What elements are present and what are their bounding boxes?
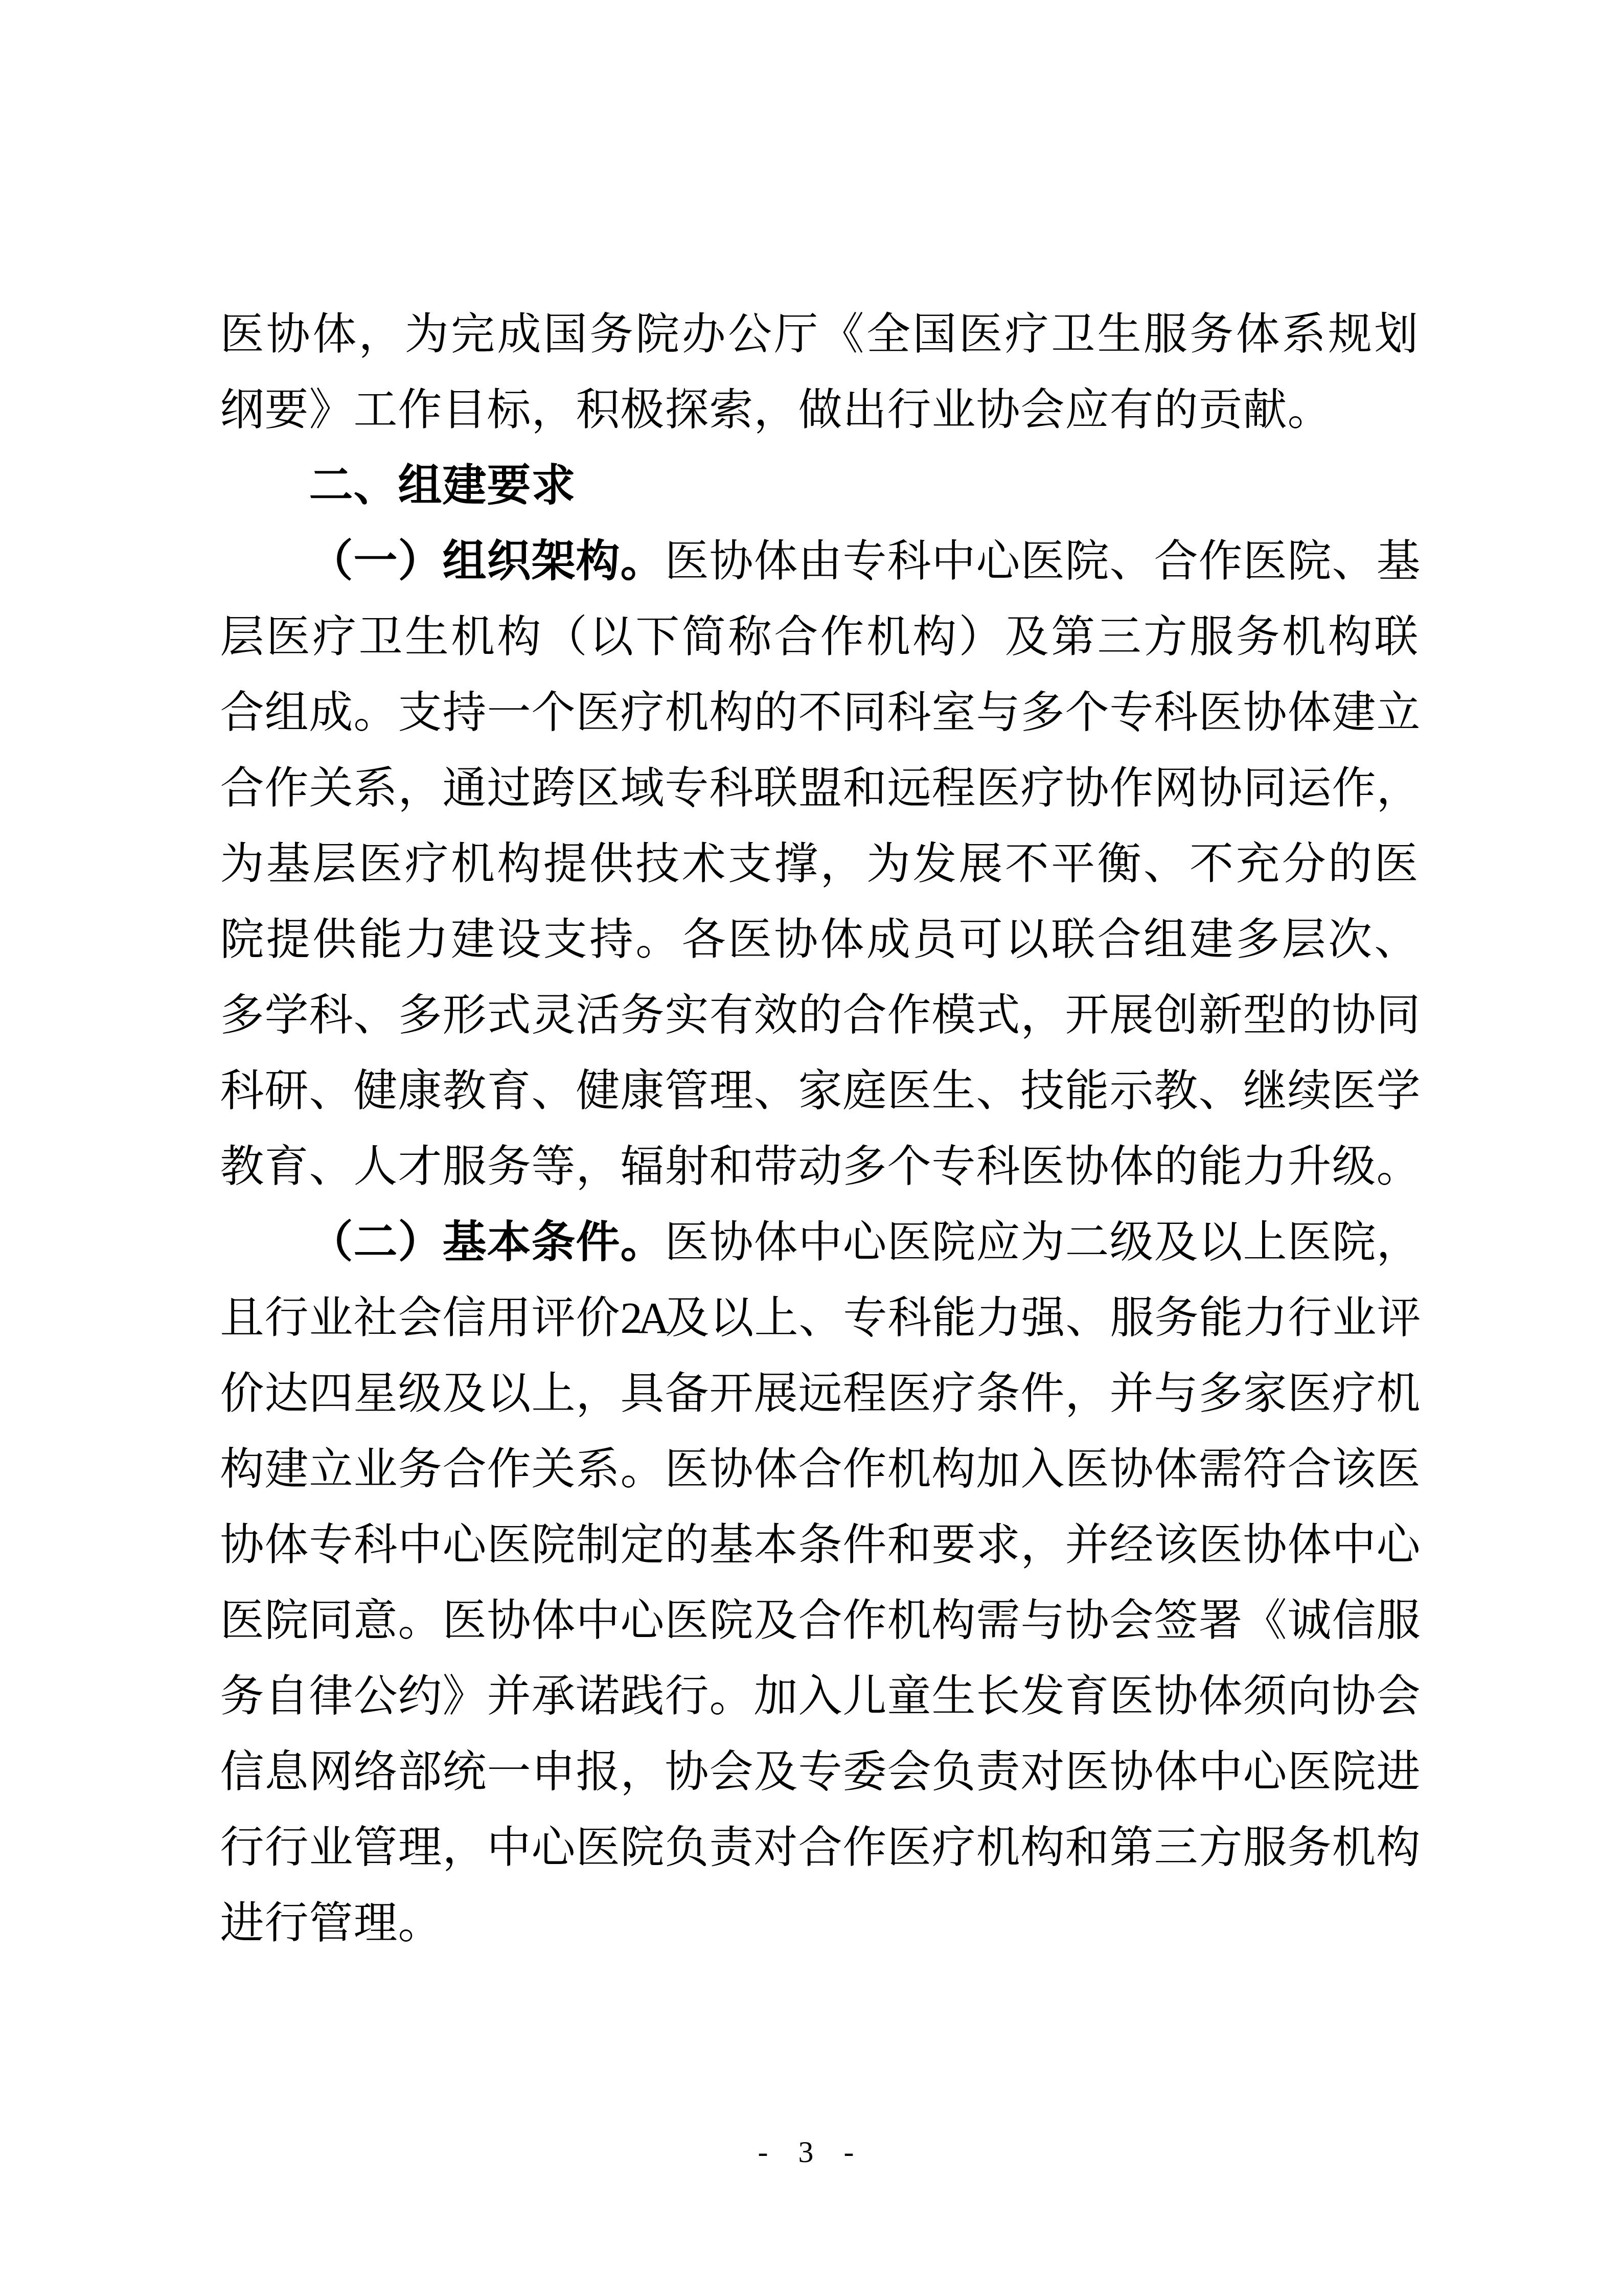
character: 践 <box>620 1658 665 1734</box>
text-line: （一）组织架构。医协体由专科中心医院、合作医院、基 <box>220 524 1419 599</box>
character: 协 <box>1332 1658 1376 1734</box>
character: 服 <box>442 1129 487 1204</box>
character: 、 <box>753 1053 798 1129</box>
character: 的 <box>798 977 842 1053</box>
character: 服 <box>1143 297 1187 372</box>
character: 级 <box>1332 1129 1376 1204</box>
character: 构 <box>931 1583 976 1658</box>
character: 医 <box>1332 1053 1376 1129</box>
character: 专 <box>309 1507 353 1583</box>
character: 卫 <box>358 599 403 675</box>
character: 会 <box>1376 1658 1421 1734</box>
character: 以 <box>710 1280 754 1356</box>
character: ， <box>442 1810 487 1885</box>
character: 医 <box>887 1356 931 1431</box>
character: 进 <box>1376 1734 1421 1810</box>
character: 医 <box>1020 1129 1065 1204</box>
character: 系 <box>1282 297 1326 372</box>
character: 力 <box>404 902 449 977</box>
character: 带 <box>753 1129 798 1204</box>
character: 疗 <box>1332 1356 1376 1431</box>
character: 研 <box>264 1053 309 1129</box>
character: 管 <box>665 1053 709 1129</box>
character: 机 <box>866 599 910 675</box>
character: 科 <box>1154 675 1198 751</box>
character: 级 <box>398 1356 442 1431</box>
text-line: 且行业社会信用评价2A及以上、专科能力强、服务能力行业评 <box>220 1280 1419 1356</box>
character: 第 <box>1051 599 1095 675</box>
character: 长 <box>976 1658 1020 1734</box>
character: 新 <box>1198 977 1243 1053</box>
character: 院 <box>220 902 264 977</box>
character: 儿 <box>842 1658 887 1734</box>
character: 并 <box>487 1658 531 1734</box>
character: 远 <box>798 1356 842 1431</box>
character: 和 <box>842 751 887 826</box>
character: 生 <box>1097 297 1141 372</box>
character: 设 <box>497 902 541 977</box>
character: 《 <box>1243 1583 1287 1658</box>
character: 通 <box>442 751 487 826</box>
character: 。 <box>398 1885 442 1961</box>
character: 童 <box>887 1658 931 1734</box>
character: 建 <box>1332 675 1376 751</box>
character: 形 <box>442 977 487 1053</box>
character: 协 <box>709 1204 753 1280</box>
character: 积 <box>576 372 620 448</box>
character: 医 <box>1109 1658 1154 1734</box>
character: 务 <box>1154 1280 1199 1356</box>
character: 医 <box>576 675 620 751</box>
character: 专 <box>842 524 887 599</box>
character: 升 <box>1287 1129 1332 1204</box>
character: 星 <box>353 1356 398 1431</box>
character: 及 <box>1004 599 1049 675</box>
character: 服 <box>1110 1280 1154 1356</box>
character: 联 <box>753 751 798 826</box>
character: 体 <box>820 902 864 977</box>
character: 和 <box>1065 1810 1109 1885</box>
character: 技 <box>1020 1053 1065 1129</box>
character: 具 <box>620 1356 665 1431</box>
character: 能 <box>358 902 403 977</box>
character: 支 <box>398 675 442 751</box>
character: 层 <box>1282 902 1326 977</box>
character: 系 <box>353 751 398 826</box>
character: 署 <box>1198 1583 1243 1658</box>
character: 统 <box>442 1734 487 1810</box>
character: 办 <box>681 297 726 372</box>
character: 基 <box>266 826 310 902</box>
character: 、 <box>353 977 398 1053</box>
text-line: 合作关系，通过跨区域专科联盟和远程医疗协作网协同运作， <box>220 751 1419 826</box>
character: 机 <box>451 599 495 675</box>
character: 献 <box>1243 372 1287 448</box>
character: 机 <box>887 1431 931 1507</box>
character: ， <box>820 826 864 902</box>
character: 继 <box>1243 1053 1287 1129</box>
character: 院 <box>531 1507 576 1583</box>
character: 、 <box>353 448 398 524</box>
character: 务 <box>620 977 665 1053</box>
text-line: 合组成。支持一个医疗机构的不同科室与多个专科医协体建立 <box>220 675 1419 751</box>
character: 远 <box>887 751 931 826</box>
character: 的 <box>753 675 798 751</box>
character: 。 <box>1287 372 1332 448</box>
character: 的 <box>665 1507 709 1583</box>
character: 科 <box>709 751 753 826</box>
character: 协 <box>1065 751 1109 826</box>
character: 全 <box>866 297 910 372</box>
character: 合 <box>220 751 264 826</box>
character: 成 <box>497 297 541 372</box>
character: 中 <box>1198 1734 1243 1810</box>
character: 才 <box>398 1129 442 1204</box>
character: 疗 <box>931 1810 976 1885</box>
character: 纲 <box>220 372 264 448</box>
character: 体 <box>1236 297 1280 372</box>
character: 公 <box>353 1658 398 1734</box>
text-line: 信息网络部统一申报，协会及专委会负责对医协体中心医院进 <box>220 1734 1419 1810</box>
character: 业 <box>353 1431 398 1507</box>
character: 基 <box>442 1204 487 1280</box>
character: 学 <box>264 977 309 1053</box>
character: 协 <box>976 372 1020 448</box>
character: 医 <box>1065 1734 1109 1810</box>
character: 行 <box>220 1810 264 1885</box>
character: 价 <box>220 1356 264 1431</box>
character: 、 <box>1374 902 1419 977</box>
character: ， <box>358 297 403 372</box>
character: 医 <box>220 1583 264 1658</box>
character: 提 <box>266 902 310 977</box>
character: 和 <box>887 1507 931 1583</box>
character: 三 <box>1097 599 1141 675</box>
character: 协 <box>220 1507 264 1583</box>
character: 立 <box>309 1431 353 1507</box>
character: 信 <box>220 1734 264 1810</box>
character: 辐 <box>620 1129 665 1204</box>
character: 合 <box>1154 524 1198 599</box>
character: 个 <box>1065 675 1109 751</box>
character: 能 <box>1199 1280 1243 1356</box>
character: 活 <box>576 977 620 1053</box>
character: 服 <box>1243 1810 1287 1885</box>
character: 以 <box>487 1356 531 1431</box>
character: 及 <box>753 1734 798 1810</box>
character: 行 <box>1288 1280 1332 1356</box>
character: 条 <box>798 1507 842 1583</box>
character: 经 <box>1109 1507 1154 1583</box>
character: 件 <box>1020 1356 1065 1431</box>
character: 效 <box>753 977 798 1053</box>
character: 协 <box>1065 1129 1109 1204</box>
character: 作 <box>842 1810 887 1885</box>
character: 健 <box>576 1053 620 1129</box>
character: 完 <box>451 297 495 372</box>
character: 方 <box>1143 599 1187 675</box>
character: 科 <box>309 977 353 1053</box>
page-number: - 3 - <box>0 2134 1623 2170</box>
character: 医 <box>442 1583 487 1658</box>
character: 合 <box>774 599 818 675</box>
character: 生 <box>931 1658 976 1734</box>
character: （ <box>309 1204 353 1280</box>
character: 多 <box>842 1129 887 1204</box>
character: 力 <box>1243 1129 1287 1204</box>
character: 支 <box>543 902 587 977</box>
character: 服 <box>1376 1583 1421 1658</box>
character: ， <box>1376 751 1421 826</box>
character: 行 <box>264 1280 309 1356</box>
character: 能 <box>1198 1129 1243 1204</box>
character: 同 <box>309 1583 353 1658</box>
character: 医 <box>665 1583 709 1658</box>
character: 协 <box>1109 1734 1154 1810</box>
character: 务 <box>1236 599 1280 675</box>
character: 技 <box>635 826 680 902</box>
character: （ <box>543 599 587 675</box>
character: 负 <box>931 1734 976 1810</box>
character: 家 <box>1243 1356 1287 1431</box>
character: 庭 <box>842 1053 887 1129</box>
character: 提 <box>543 826 587 902</box>
character: 要 <box>264 372 309 448</box>
character: 为 <box>220 826 264 902</box>
character: 厅 <box>774 297 818 372</box>
character: 务 <box>1190 297 1234 372</box>
character: 为 <box>404 297 449 372</box>
character: 息 <box>264 1734 309 1810</box>
character: 求 <box>531 448 576 524</box>
character: 件 <box>576 1204 620 1280</box>
character: 一 <box>353 524 398 599</box>
character: 建 <box>442 448 487 524</box>
character: 、 <box>976 1053 1020 1129</box>
character: 医 <box>665 1431 709 1507</box>
character: 、 <box>309 1053 353 1129</box>
character: 负 <box>665 1810 709 1885</box>
character: 络 <box>353 1734 398 1810</box>
character: 、 <box>1109 524 1154 599</box>
character: 家 <box>798 1053 842 1129</box>
character: 评 <box>531 1280 576 1356</box>
character: 的 <box>1154 372 1198 448</box>
character: 医 <box>958 297 1003 372</box>
character: 报 <box>576 1734 620 1810</box>
character: 院 <box>635 297 680 372</box>
character: 灵 <box>531 977 576 1053</box>
character: 医 <box>887 1204 931 1280</box>
character: 卫 <box>1051 297 1095 372</box>
character: 工 <box>353 372 398 448</box>
character: 衡 <box>1097 826 1141 902</box>
character: 责 <box>976 1734 1020 1810</box>
character: 。 <box>398 1583 442 1658</box>
character: 多 <box>1198 1356 1243 1431</box>
character: 医 <box>976 751 1020 826</box>
character: 育 <box>487 1053 531 1129</box>
character: 构 <box>1020 1810 1065 1885</box>
character: 行 <box>264 1885 309 1961</box>
character: 力 <box>976 1280 1021 1356</box>
character: 与 <box>1154 1356 1198 1431</box>
character: 机 <box>665 675 709 751</box>
character: 合 <box>798 1431 842 1507</box>
character: 同 <box>842 675 887 751</box>
character: 多 <box>1020 675 1065 751</box>
character: 会 <box>709 1734 753 1810</box>
character: ， <box>1020 1507 1065 1583</box>
character: 、 <box>531 1053 576 1129</box>
character: 院 <box>709 1583 753 1658</box>
character: 须 <box>1243 1658 1287 1734</box>
character: 关 <box>309 751 353 826</box>
character: 索 <box>709 372 753 448</box>
character: 心 <box>1376 1507 1421 1583</box>
character: 出 <box>842 372 887 448</box>
character: 作 <box>1109 751 1154 826</box>
text-line: 行行业管理，中心医院负责对合作医疗机构和第三方服务机构 <box>220 1810 1419 1885</box>
character: 构 <box>497 826 541 902</box>
character: 网 <box>1154 751 1198 826</box>
character: 专 <box>931 1129 976 1204</box>
character: 。 <box>620 524 665 599</box>
character: 以 <box>1004 902 1049 977</box>
character: 作 <box>1198 524 1243 599</box>
character: 服 <box>1190 599 1234 675</box>
character: 育 <box>264 1129 309 1204</box>
character: 中 <box>487 1810 531 1885</box>
text-line: 科研、健康教育、健康管理、家庭医生、技能示教、继续医学 <box>220 1053 1419 1129</box>
character: 各 <box>681 902 726 977</box>
character: 教 <box>442 1053 487 1129</box>
character: 应 <box>1065 372 1109 448</box>
character: 并 <box>1109 1356 1154 1431</box>
character: 室 <box>931 675 976 751</box>
character: 科 <box>353 1507 398 1583</box>
character: 划 <box>1374 297 1419 372</box>
character: 建 <box>264 1431 309 1507</box>
character: 需 <box>1198 1431 1243 1507</box>
character: 展 <box>1109 977 1154 1053</box>
character: 系 <box>576 1431 620 1507</box>
character: 做 <box>798 372 842 448</box>
character: 合 <box>798 1810 842 1885</box>
character: 协 <box>1332 977 1376 1053</box>
character: 员 <box>912 902 957 977</box>
character: 会 <box>1020 372 1065 448</box>
character: 条 <box>976 1356 1020 1431</box>
character: 价 <box>576 1280 620 1356</box>
character: 层 <box>220 599 264 675</box>
character: 医 <box>887 1810 931 1885</box>
character: 架 <box>531 524 576 599</box>
character: 建 <box>1190 902 1234 977</box>
character: 供 <box>312 902 357 977</box>
character: 及 <box>753 1583 798 1658</box>
character: ） <box>958 599 1003 675</box>
document-body: 医协体，为完成国务院办公厅《全国医疗卫生服务体系规划纲要》工作目标，积极探索，做… <box>220 297 1419 1961</box>
character: 院 <box>931 1204 976 1280</box>
character: 作 <box>1332 751 1376 826</box>
character: 、 <box>1332 524 1376 599</box>
character: 院 <box>1065 524 1109 599</box>
character: 体 <box>264 1507 309 1583</box>
character: 个 <box>887 1129 931 1204</box>
character: 心 <box>620 1583 665 1658</box>
character: 院 <box>1332 1204 1376 1280</box>
character: 生 <box>931 1053 976 1129</box>
text-line: （二）基本条件。医协体中心医院应为二级及以上医院， <box>220 1204 1419 1280</box>
character: 供 <box>589 826 634 902</box>
character: 以 <box>1198 1204 1243 1280</box>
character: 生 <box>404 599 449 675</box>
character: 力 <box>1243 1280 1288 1356</box>
character: 术 <box>681 826 726 902</box>
character: 撑 <box>774 826 818 902</box>
character: 律 <box>309 1658 353 1734</box>
character: 构 <box>1376 1810 1421 1885</box>
character: 由 <box>798 524 842 599</box>
character: 诚 <box>1287 1583 1332 1658</box>
character: 机 <box>451 826 495 902</box>
character: 本 <box>753 1507 798 1583</box>
character: 院 <box>264 1583 309 1658</box>
character: 院 <box>1287 524 1332 599</box>
character: 协 <box>1243 675 1287 751</box>
character: 构 <box>220 1431 264 1507</box>
character: 下 <box>635 599 680 675</box>
text-line: 多学科、多形式灵活务实有效的合作模式，开展创新型的协同 <box>220 977 1419 1053</box>
character: 理 <box>353 1885 398 1961</box>
character: 入 <box>798 1658 842 1734</box>
character: 要 <box>487 448 531 524</box>
character: 体 <box>753 1204 798 1280</box>
character: 、 <box>1065 1280 1110 1356</box>
character: 体 <box>1109 1129 1154 1204</box>
character: 院 <box>1332 1734 1376 1810</box>
character: 求 <box>976 1507 1020 1583</box>
character: 会 <box>1109 1583 1154 1658</box>
character: 方 <box>1198 1810 1243 1885</box>
text-line: 协体专科中心医院制定的基本条件和要求，并经该医协体中心 <box>220 1507 1419 1583</box>
character: 加 <box>753 1658 798 1734</box>
character: 责 <box>709 1810 753 1885</box>
character: 续 <box>1287 1053 1332 1129</box>
character: 医 <box>665 1204 709 1280</box>
character: 体 <box>1287 675 1332 751</box>
character: 疗 <box>404 826 449 902</box>
character: 充 <box>1236 826 1280 902</box>
character: 上 <box>1243 1204 1287 1280</box>
character: 网 <box>309 1734 353 1810</box>
character: 制 <box>576 1507 620 1583</box>
character: 作 <box>264 751 309 826</box>
character: 示 <box>1109 1053 1154 1129</box>
character: 不 <box>1004 826 1049 902</box>
character: 医 <box>220 297 264 372</box>
character: 强 <box>1021 1280 1065 1356</box>
character: 构 <box>931 1431 976 1507</box>
character: 跨 <box>531 751 576 826</box>
character: 信 <box>442 1280 487 1356</box>
character: 联 <box>1374 599 1419 675</box>
character: 协 <box>1243 1507 1287 1583</box>
character: 体 <box>531 1583 576 1658</box>
character: 次 <box>1328 902 1373 977</box>
character: 诺 <box>576 1658 620 1734</box>
